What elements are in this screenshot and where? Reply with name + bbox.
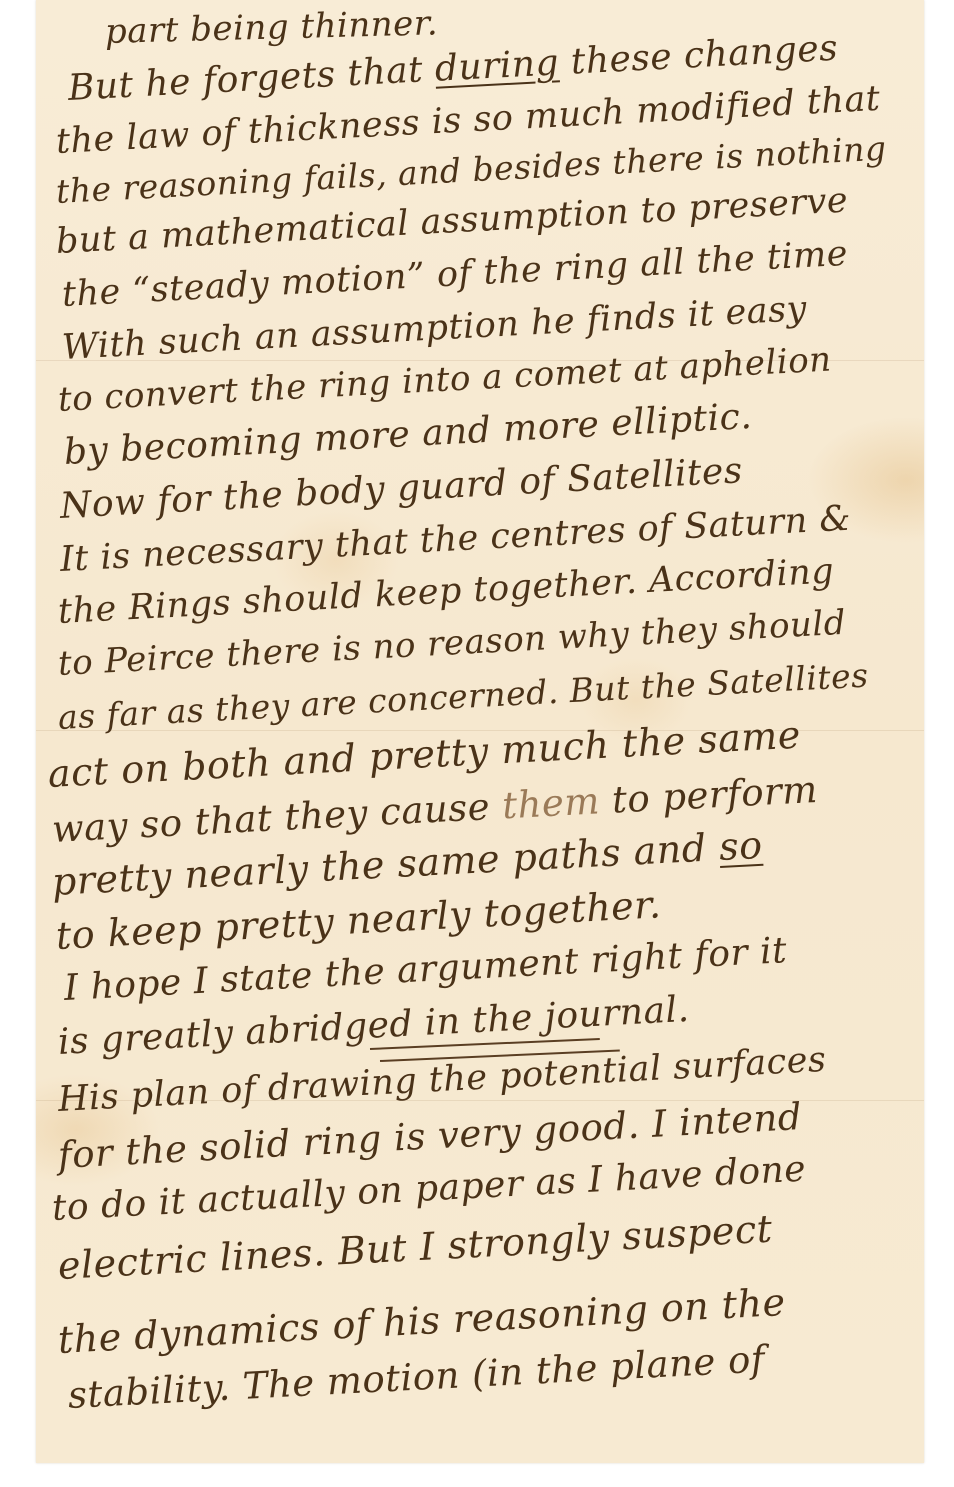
underlined-word: during [434,42,560,89]
underlined-word: so [718,823,764,869]
faint-word: them [501,779,601,827]
